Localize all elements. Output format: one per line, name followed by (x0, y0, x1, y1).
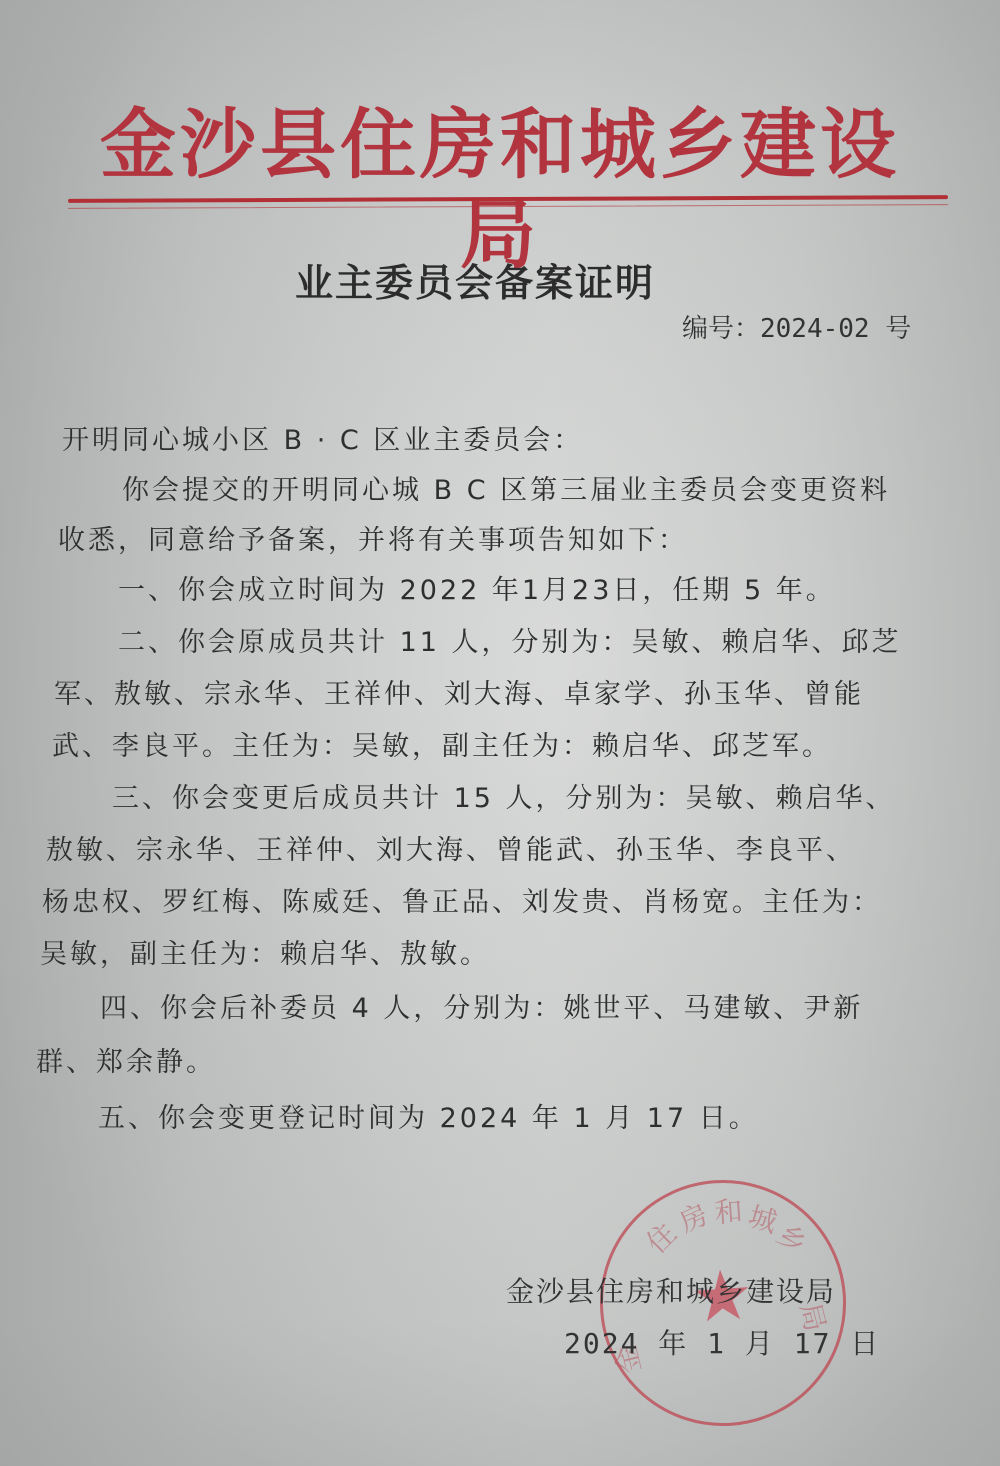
body-line: 群、郑余静。 (36, 1040, 216, 1079)
signature-organization: 金沙县住房和城乡建设局 (506, 1270, 836, 1310)
body-line: 军、敖敏、宗永华、王祥仲、刘大海、卓家学、孙玉华、曾能 (54, 672, 864, 711)
body-line-item-4: 四、你会后补委员 4 人，分别为：姚世平、马建敏、尹新 (100, 986, 863, 1025)
body-line: 杨忠权、罗红梅、陈威廷、鲁正品、刘发贵、肖杨宽。主任为： (42, 880, 882, 919)
body-line: 收悉，同意给予备案，并将有关事项告知如下： (58, 518, 688, 557)
body-line: 你会提交的开明同心城 B C 区第三届业主委员会变更资料 (122, 468, 890, 507)
body-line-item-5: 五、你会变更登记时间为 2024 年 1 月 17 日。 (98, 1096, 759, 1135)
body-line: 武、李良平。主任为：吴敏，副主任为：赖启华、邱芝军。 (52, 724, 832, 763)
document-title: 业主委员会备案证明 (295, 252, 655, 307)
salutation: 开明同心城小区 B · C 区业主委员会： (62, 418, 583, 457)
body-line-item-3: 三、你会变更后成员共计 15 人，分别为：吴敏、赖启华、 (112, 776, 896, 815)
body-line-item-2: 二、你会原成员共计 11 人，分别为：吴敏、赖启华、邱芝 (118, 620, 902, 659)
body-line-item-1: 一、你会成立时间为 2022 年1月23日，任期 5 年。 (118, 568, 836, 607)
document-number: 编号：2024-02 号 (682, 308, 911, 345)
body-line: 吴敏，副主任为：赖启华、敖敏。 (40, 932, 490, 971)
signature-date: 2024 年 1 月 17 日 (564, 1322, 880, 1362)
body-line: 敖敏、宗永华、王祥仲、刘大海、曾能武、孙玉华、李良平、 (46, 828, 856, 867)
